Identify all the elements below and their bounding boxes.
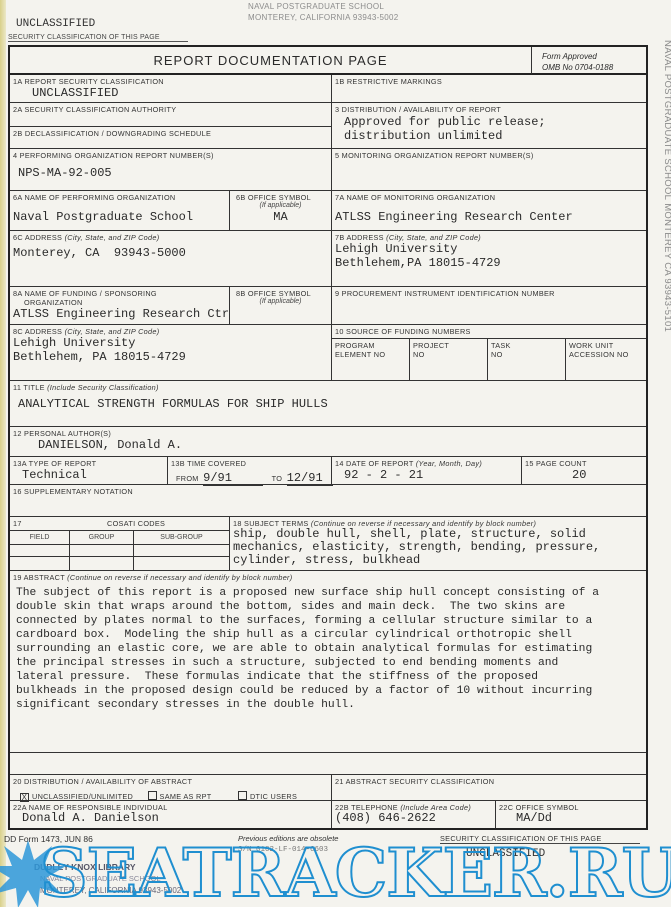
field-2a[interactable]: 2a SECURITY CLASSIFICATION AUTHORITY	[10, 103, 332, 127]
field-12-label: 12 PERSONAL AUTHOR(S)	[10, 427, 646, 438]
abstract-line: connected by plates normal to the surfac…	[13, 614, 646, 628]
cosati-field-label: FIELD	[10, 531, 69, 542]
cosati-row2-group[interactable]	[70, 557, 134, 571]
field-15[interactable]: 15 PAGE COUNT 20	[522, 457, 646, 485]
field-14-value: 92 - 2 - 21	[332, 468, 521, 482]
field-13b[interactable]: 13b TIME COVERED FROM 9/91 TO 12/91	[168, 457, 332, 485]
field-8c-value-line1: Lehigh University	[10, 336, 331, 350]
field-6b-sublabel: (If applicable)	[230, 202, 331, 210]
field-6c-label-italic: (City, State, and ZIP Code)	[65, 233, 160, 242]
cosati-subgroup-label: SUB-GROUP	[134, 531, 229, 542]
field-10-work-unit[interactable]: WORK UNIT ACCESSION NO	[566, 339, 646, 381]
field-19-label: 19 ABSTRACT (Continue on reverse if nece…	[10, 571, 646, 582]
cosati-field-header: FIELD	[10, 531, 70, 545]
omb-number: OMB No 0704-0188	[542, 62, 646, 73]
project-label-line1: PROJECT	[410, 339, 487, 350]
cosati-row2-field[interactable]	[10, 557, 70, 571]
field-15-label: 15 PAGE COUNT	[522, 457, 646, 468]
field-8c-value-line2: Bethlehem, PA 18015-4729	[10, 350, 331, 364]
field-4[interactable]: 4 PERFORMING ORGANIZATION REPORT NUMBER(…	[10, 149, 332, 191]
abstract-continuation	[10, 753, 646, 775]
abstract-line: The subject of this report is a proposed…	[13, 586, 646, 600]
field-20-label: 20 DISTRIBUTION / AVAILABILITY OF ABSTRA…	[10, 775, 331, 786]
field-19-label-italic: (Continue on reverse if necessary and id…	[67, 573, 292, 582]
field-10-header: 10 SOURCE OF FUNDING NUMBERS	[332, 325, 646, 339]
field-7b-label-italic: (City, State, and ZIP Code)	[386, 233, 481, 242]
field-6b[interactable]: 6b OFFICE SYMBOL (If applicable) MA	[230, 191, 332, 231]
field-16[interactable]: 16 SUPPLEMENTARY NOTATION	[10, 485, 646, 517]
field-6c[interactable]: 6c ADDRESS (City, State, and ZIP Code) M…	[10, 231, 332, 287]
to-value[interactable]: 12/91	[287, 471, 333, 486]
field-20: 20 DISTRIBUTION / AVAILABILITY OF ABSTRA…	[10, 775, 332, 801]
field-4-value: NPS-MA-92-005	[10, 166, 331, 180]
field-22b-value: (408) 646-2622	[332, 812, 495, 824]
field-22c[interactable]: 22c OFFICE SYMBOL MA/Dd	[496, 801, 646, 828]
field-10-program-element[interactable]: PROGRAM ELEMENT NO	[332, 339, 410, 381]
from-label: FROM	[176, 474, 199, 483]
from-value[interactable]: 9/91	[203, 471, 263, 486]
field-6b-label: 6b OFFICE SYMBOL	[230, 191, 331, 202]
field-6a-label: 6a NAME OF PERFORMING ORGANIZATION	[10, 191, 229, 202]
watermark-text: SEATRACKER.RU	[40, 838, 671, 907]
cosati-group-label: GROUP	[70, 531, 133, 542]
program-element-label-line1: PROGRAM	[332, 339, 409, 350]
field-22b[interactable]: 22b TELEPHONE (Include Area Code) (408) …	[332, 801, 496, 828]
side-stamp: NAVAL POSTGRADUATE SCHOOL MONTEREY CA 93…	[652, 40, 671, 260]
field-8c-label-italic: (City, State, and ZIP Code)	[65, 327, 160, 336]
report-documentation-form: REPORT DOCUMENTATION PAGE Form Approved …	[8, 45, 648, 830]
field-21-label: 21 ABSTRACT SECURITY CLASSIFICATION	[332, 775, 646, 786]
field-12[interactable]: 12 PERSONAL AUTHOR(S) DANIELSON, Donald …	[10, 427, 646, 457]
field-22c-value: MA/Dd	[496, 812, 646, 824]
field-8c-label-text: 8c ADDRESS	[13, 327, 62, 336]
field-8b-sublabel: (If applicable)	[230, 298, 331, 306]
field-7b-label-text: 7b ADDRESS	[335, 233, 384, 242]
option-dtic-users[interactable]: DTIC USERS	[238, 792, 297, 801]
cosati-group-header: GROUP	[70, 531, 134, 545]
abstract-line: double skin that wraps around the bottom…	[13, 600, 646, 614]
field-3-value-line2: distribution unlimited	[332, 129, 646, 143]
field-6a-value: Naval Postgraduate School	[10, 210, 229, 224]
field-14-label: 14 DATE OF REPORT (Year, Month, Day)	[332, 457, 521, 468]
field-14-label-italic: (Year, Month, Day)	[416, 459, 482, 468]
field-7a-label: 7a NAME OF MONITORING ORGANIZATION	[332, 191, 646, 202]
abstract-text: The subject of this report is a proposed…	[10, 582, 646, 712]
program-element-label-line2: ELEMENT NO	[332, 350, 409, 359]
subject-terms-line3: cylinder, stress, bulkhead	[230, 554, 646, 567]
library-stamp-line1: NAVAL POSTGRADUATE SCHOOL	[248, 2, 384, 11]
field-7b-value-line1: Lehigh University	[332, 242, 646, 256]
field-3-value-line1: Approved for public release;	[332, 115, 646, 129]
page-classification: UNCLASSIFIED	[16, 18, 95, 30]
field-11[interactable]: 11 TITLE (Include Security Classificatio…	[10, 381, 646, 427]
field-8a-label-line1: 8a NAME OF FUNDING / SPONSORING	[10, 287, 229, 298]
field-11-value: ANALYTICAL STRENGTH FORMULAS FOR SHIP HU…	[10, 397, 646, 411]
abstract-line: bulkheads in the proposed design could b…	[13, 684, 646, 698]
field-10-label: 10 SOURCE OF FUNDING NUMBERS	[332, 325, 646, 336]
field-1a-value: UNCLASSIFIED	[10, 86, 331, 100]
field-11-label: 11 TITLE (Include Security Classificatio…	[10, 381, 646, 392]
side-stamp-line1: NAVAL POSTGRADUATE SCHOOL	[662, 40, 671, 200]
field-3[interactable]: 3 DISTRIBUTION / AVAILABILITY OF REPORT …	[332, 103, 646, 149]
field-2a-label: 2a SECURITY CLASSIFICATION AUTHORITY	[10, 103, 331, 114]
cosati-row1-field[interactable]	[10, 545, 70, 557]
field-13a-value: Technical	[10, 468, 167, 482]
field-7b-value-line2: Bethlehem,PA 18015-4729	[332, 256, 646, 270]
project-label-line2: NO	[410, 350, 487, 359]
abstract-line: surrounding an elastic core, we are able…	[13, 642, 646, 656]
field-13a[interactable]: 13a TYPE OF REPORT Technical	[10, 457, 168, 485]
field-12-value: DANIELSON, Donald A.	[10, 438, 646, 452]
field-13a-label: 13a TYPE OF REPORT	[10, 457, 167, 468]
field-2b-label: 2b DECLASSIFICATION / DOWNGRADING SCHEDU…	[10, 127, 331, 138]
checkbox-icon[interactable]	[238, 791, 247, 800]
field-7a-value: ATLSS Engineering Research Center	[332, 210, 646, 224]
field-9[interactable]: 9 PROCUREMENT INSTRUMENT IDENTIFICATION …	[332, 287, 646, 325]
field-8a-value: ATLSS Engineering Research Ctr	[10, 307, 229, 321]
field-14-label-text: 14 DATE OF REPORT	[335, 459, 414, 468]
option-dtic-users-label: DTIC USERS	[250, 792, 297, 801]
to-label: TO	[272, 474, 283, 483]
field-21[interactable]: 21 ABSTRACT SECURITY CLASSIFICATION	[332, 775, 646, 801]
work-unit-label-line1: WORK UNIT	[566, 339, 646, 350]
field-8c[interactable]: 8c ADDRESS (City, State, and ZIP Code) L…	[10, 325, 332, 381]
abstract-line: cardboard box. Modeling the ship hull as…	[13, 628, 646, 642]
field-5-label: 5 MONITORING ORGANIZATION REPORT NUMBER(…	[332, 149, 646, 160]
time-covered-range: FROM 9/91 TO 12/91	[168, 468, 331, 486]
field-2b[interactable]: 2b DECLASSIFICATION / DOWNGRADING SCHEDU…	[10, 127, 332, 149]
field-1a[interactable]: 1a REPORT SECURITY CLASSIFICATION UNCLAS…	[10, 75, 332, 103]
library-stamp-line2: MONTEREY, CALIFORNIA 93943-5002	[248, 13, 399, 22]
cosati-header: 17 COSATI CODES	[10, 517, 230, 531]
field-19-label-text: 19 ABSTRACT	[13, 573, 65, 582]
abstract-line: the principal stresses in such a structu…	[13, 656, 646, 670]
field-1a-label: 1a REPORT SECURITY CLASSIFICATION	[10, 75, 331, 86]
abstract-line: significant secondary stresses in the do…	[13, 698, 646, 712]
field-6a[interactable]: 6a NAME OF PERFORMING ORGANIZATION Naval…	[10, 191, 230, 231]
cosati-title: COSATI CODES	[104, 517, 165, 528]
field-10-project[interactable]: PROJECT NO	[410, 339, 488, 381]
field-22a[interactable]: 22a NAME OF RESPONSIBLE INDIVIDUAL Donal…	[10, 801, 332, 828]
field-11-label-italic: (Include Security Classification)	[47, 383, 159, 392]
page-classification-label: SECURITY CLASSIFICATION OF THIS PAGE	[8, 34, 188, 42]
field-9-label: 9 PROCUREMENT INSTRUMENT IDENTIFICATION …	[332, 287, 646, 298]
field-6c-label-text: 6c ADDRESS	[13, 233, 62, 242]
field-7a[interactable]: 7a NAME OF MONITORING ORGANIZATION ATLSS…	[332, 191, 646, 231]
option-unclassified-unlimited[interactable]: XUNCLASSIFIED/UNLIMITED	[20, 792, 133, 801]
cosati-subgroup-header: SUB-GROUP	[134, 531, 230, 545]
field-6b-value: MA	[230, 210, 331, 224]
task-label-line1: TASK	[488, 339, 565, 350]
field-7b-label: 7b ADDRESS (City, State, and ZIP Code)	[332, 231, 646, 242]
field-8a-label-line2: ORGANIZATION	[10, 298, 229, 307]
field-1b-label: 1b RESTRICTIVE MARKINGS	[332, 75, 646, 86]
field-13b-label: 13b TIME COVERED	[168, 457, 331, 468]
cosati-row2-subgroup[interactable]	[134, 557, 230, 571]
form-approval: Form Approved OMB No 0704-0188	[532, 47, 646, 75]
form-title: REPORT DOCUMENTATION PAGE	[10, 47, 532, 75]
field-4-label: 4 PERFORMING ORGANIZATION REPORT NUMBER(…	[10, 149, 331, 160]
task-label-line2: NO	[488, 350, 565, 359]
field-1b[interactable]: 1b RESTRICTIVE MARKINGS	[332, 75, 646, 103]
cosati-row1-subgroup[interactable]	[134, 545, 230, 557]
field-14[interactable]: 14 DATE OF REPORT (Year, Month, Day) 92 …	[332, 457, 522, 485]
field-8c-label: 8c ADDRESS (City, State, and ZIP Code)	[10, 325, 331, 336]
option-same-as-rpt[interactable]: SAME AS RPT	[148, 792, 212, 801]
side-stamp-line2: MONTEREY CA 93943-5101	[662, 203, 671, 332]
field-10-task[interactable]: TASK NO	[488, 339, 566, 381]
option-same-as-rpt-label: SAME AS RPT	[160, 792, 212, 801]
field-18[interactable]: 18 SUBJECT TERMS (Continue on reverse if…	[230, 517, 646, 571]
field-8b[interactable]: 8b OFFICE SYMBOL (If applicable)	[230, 287, 332, 325]
field-15-value: 20	[522, 468, 646, 482]
cosati-row1-group[interactable]	[70, 545, 134, 557]
field-8a[interactable]: 8a NAME OF FUNDING / SPONSORING ORGANIZA…	[10, 287, 230, 325]
abstract-line: lateral pressure. These formulas indicat…	[13, 670, 646, 684]
work-unit-label-line2: ACCESSION NO	[566, 350, 646, 359]
option-unclassified-label: UNCLASSIFIED/UNLIMITED	[32, 792, 133, 801]
checkbox-icon[interactable]	[148, 791, 157, 800]
page-edge	[0, 0, 6, 907]
field-6c-value: Monterey, CA 93943-5000	[10, 246, 331, 260]
field-22a-value: Donald A. Danielson	[10, 812, 331, 824]
field-5[interactable]: 5 MONITORING ORGANIZATION REPORT NUMBER(…	[332, 149, 646, 191]
field-16-label: 16 SUPPLEMENTARY NOTATION	[10, 485, 646, 496]
field-19-abstract[interactable]: 19 ABSTRACT (Continue on reverse if nece…	[10, 571, 646, 753]
field-11-label-text: 11 TITLE	[13, 383, 45, 392]
field-7b[interactable]: 7b ADDRESS (City, State, and ZIP Code) L…	[332, 231, 646, 287]
field-17-label: 17	[10, 517, 22, 528]
field-8b-label: 8b OFFICE SYMBOL	[230, 287, 331, 298]
field-6c-label: 6c ADDRESS (City, State, and ZIP Code)	[10, 231, 331, 242]
field-3-label: 3 DISTRIBUTION / AVAILABILITY OF REPORT	[332, 103, 646, 114]
form-approved-text: Form Approved	[542, 51, 646, 62]
